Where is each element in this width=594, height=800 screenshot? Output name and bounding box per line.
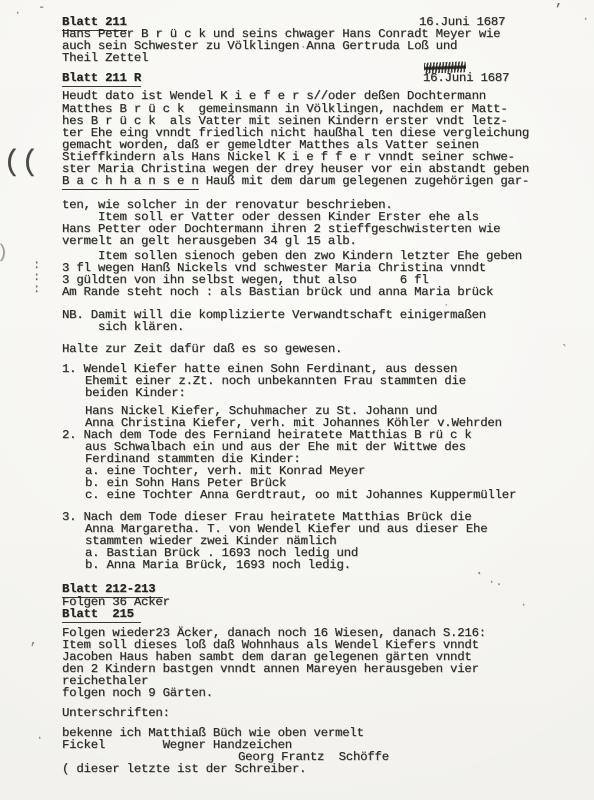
- margin-mark: -: [38, 0, 45, 14]
- margin-mark: :: [33, 282, 40, 296]
- margin-mark: ˎ: [560, 332, 568, 348]
- doc-text: Hauß mit dem darum gelegenen zugehörigen…: [199, 174, 530, 188]
- doc-text: Heudt dato ist Wendel K i e f e r s//ode…: [62, 89, 486, 103]
- margin-mark: ·: [14, 6, 21, 20]
- doc-line: Theil Zettel: [62, 52, 148, 64]
- margin-mark: ,: [30, 634, 37, 648]
- margin-mark: ·.: [488, 575, 502, 589]
- doc-text: vermelt an gelt herausgeben 34 gl 15 alb…: [62, 234, 357, 248]
- margin-mark: ·: [475, 566, 483, 582]
- doc-line: ( dieser letzte ist der Schreiber.: [62, 763, 306, 775]
- margin-mark: ··: [243, 36, 255, 47]
- date-label: 16.Juni 1687: [423, 72, 509, 84]
- crossed-out-word: [424, 61, 466, 73]
- doc-text: c. eine Tochter Anna Gerdtraut, oo mit J…: [85, 488, 516, 502]
- doc-line: sich klären.: [98, 321, 184, 333]
- doc-text: Halte zur Zeit dafür daß es so gewesen.: [62, 342, 342, 356]
- margin-mark: ·: [582, 12, 589, 26]
- doc-text: sich klären.: [98, 320, 184, 334]
- margin-mark: ·: [443, 300, 450, 312]
- doc-line: folgen noch 9 Gärten.: [62, 687, 213, 699]
- doc-line: Unterschriften:: [62, 707, 170, 719]
- margin-mark: ): [0, 243, 8, 263]
- doc-text: folgen noch 9 Gärten.: [62, 686, 213, 700]
- underlined-text: B a c h h a n s e n: [62, 174, 199, 190]
- doc-line: Am Rande steht noch : als Bastian brück …: [62, 286, 493, 298]
- underlined-text: Blatt 215: [62, 607, 141, 623]
- section-heading: Blatt 215: [62, 608, 141, 620]
- margin-mark: ·: [36, 731, 43, 745]
- doc-line: Halte zur Zeit dafür daß es so gewesen.: [62, 343, 342, 355]
- doc-line: beiden Kinder:: [85, 387, 186, 399]
- margin-mark: ·: [300, 42, 307, 54]
- doc-line: Heudt dato ist Wendel K i e f e r s//ode…: [62, 90, 486, 102]
- margin-mark: ’: [554, 2, 562, 18]
- section-heading: Blatt 211 R: [62, 72, 141, 84]
- doc-line: c. eine Tochter Anna Gerdtraut, oo mit J…: [85, 489, 516, 501]
- doc-line: B a c h h a n s e n Hauß mit dem darum g…: [62, 175, 529, 187]
- doc-text: Am Rande steht noch : als Bastian brück …: [62, 285, 493, 299]
- doc-text: ( dieser letzte ist der Schreiber.: [62, 762, 306, 776]
- doc-line: b. Anna Maria Brück, 1693 noch ledig.: [85, 559, 351, 571]
- doc-text: Unterschriften:: [62, 706, 170, 720]
- section-heading: Blatt 212-213: [62, 583, 163, 595]
- margin-mark: ((: [3, 146, 39, 180]
- underlined-text: Blatt 211 R: [62, 71, 141, 87]
- document-page: Blatt 21116.Juni 1687Hans Peter B r ü c …: [0, 0, 594, 800]
- doc-line: vermelt an gelt herausgeben 34 gl 15 alb…: [62, 235, 357, 247]
- margin-mark: ·: [520, 598, 527, 612]
- doc-text: beiden Kinder:: [85, 386, 186, 400]
- doc-text: b. Anna Maria Brück, 1693 noch ledig.: [85, 558, 351, 572]
- doc-text: Theil Zettel: [62, 51, 148, 65]
